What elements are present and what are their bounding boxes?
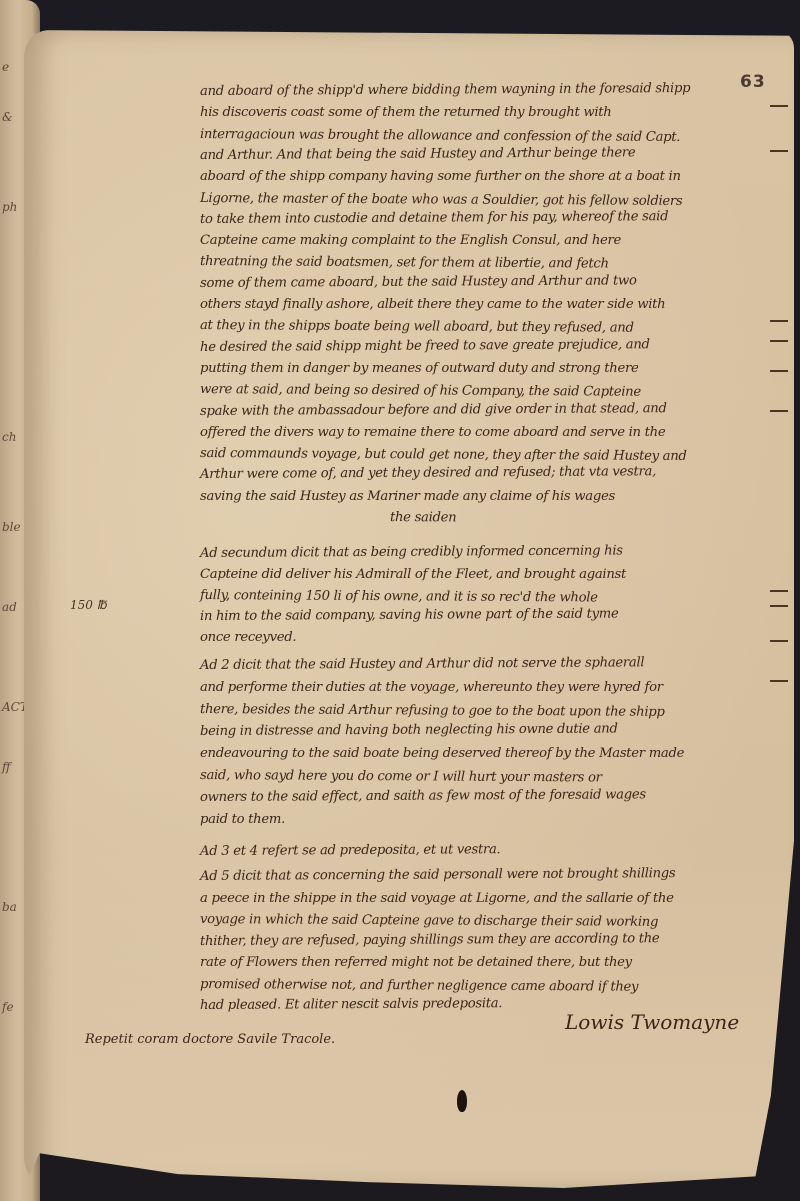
page-number: 63 [740, 72, 766, 92]
manuscript-line: in him to the said company, saving his o… [200, 606, 619, 624]
manuscript-line: thither, they are refused, paying shilli… [200, 931, 659, 949]
facing-page-fragment: ad [2, 600, 17, 614]
margin-dash [770, 150, 788, 152]
manuscript-line: Ad secundum dicit that as being credibly… [200, 543, 623, 561]
margin-dash [770, 605, 788, 607]
manuscript-line: rate of Flowers then referred might not … [200, 955, 632, 970]
manuscript-line: Ad 5 dicit that as concerning the said p… [200, 866, 675, 884]
manuscript-line: and aboard of the shipp'd where bidding … [200, 81, 690, 99]
manuscript-line: Ad 2 dicit that the said Hustey and Arth… [200, 655, 644, 673]
footer-note: Repetit coram doctore Savile Tracole. [85, 1032, 335, 1047]
manuscript-line: spake with the ambassadour before and di… [200, 401, 667, 419]
manuscript-line: Capteine came making complaint to the En… [200, 233, 621, 248]
manuscript-line: there, besides the said Arthur refusing … [200, 702, 665, 720]
manuscript-line: Ligorne, the master of the boate who was… [200, 191, 683, 209]
manuscript-line: aboard of the shipp company having some … [200, 169, 681, 184]
manuscript-line: he desired the said shipp might be freed… [200, 337, 650, 355]
facing-page-fragment: e [2, 60, 9, 74]
facing-page-fragment: ble [2, 520, 21, 534]
margin-note: 150 ℔ [70, 598, 107, 612]
manuscript-line: his discoveris coast some of them the re… [200, 105, 612, 120]
manuscript-line: threatning the said boatsmen, set for th… [200, 254, 609, 271]
manuscript-line: Ad 3 et 4 refert se ad predeposita, et u… [200, 842, 501, 859]
signature: Lowis Twomayne [565, 1010, 739, 1034]
manuscript-line: offered the divers way to remaine there … [200, 425, 665, 440]
facing-page-fragment: ba [2, 900, 17, 914]
manuscript-line: and performe their duties at the voyage,… [200, 680, 663, 695]
manuscript-line: Capteine did deliver his Admirall of the… [200, 567, 626, 582]
facing-page-fragment: & [2, 110, 13, 124]
manuscript-line: voyage in which the said Capteine gave t… [200, 912, 658, 930]
margin-dash [770, 680, 788, 682]
facing-page-fragment: fe [2, 1000, 14, 1014]
manuscript-line: interragacioun was brought the allowance… [200, 127, 680, 145]
manuscript-line: putting them in danger by meanes of outw… [200, 361, 638, 376]
facing-page-fragment: ff [2, 760, 11, 774]
manuscript-line: fully, conteining 150 li of his owne, an… [200, 588, 598, 605]
facing-page-fragment: ch [2, 430, 16, 444]
manuscript-line: said, who sayd here you do come or I wil… [200, 768, 602, 785]
manuscript-line: promised otherwise not, and further negl… [200, 977, 638, 995]
margin-dash [770, 590, 788, 592]
margin-dash [770, 340, 788, 342]
manuscript-line: a peece in the shippe in the said voyage… [200, 891, 674, 906]
manuscript-line: said commaunds voyage, but could get non… [200, 446, 687, 464]
margin-dash [770, 640, 788, 642]
manuscript-line: paid to them. [200, 812, 285, 827]
manuscript-line: at they in the shipps boate being well a… [200, 318, 634, 336]
manuscript-line: once receyved. [200, 630, 296, 645]
margin-dash [770, 370, 788, 372]
margin-dash [770, 320, 788, 322]
manuscript-line: some of them came aboard, but the said H… [200, 273, 637, 291]
ink-blot [457, 1090, 467, 1112]
manuscript-line: and Arthur. And that being the said Hust… [200, 145, 636, 163]
manuscript-line: being in distresse and having both negle… [200, 721, 618, 739]
facing-page-fragment: ph [2, 200, 17, 214]
manuscript-line: had pleased. Et aliter nescit salvis pre… [200, 996, 502, 1013]
facing-page-fragment: ACT [2, 700, 28, 714]
manuscript-line: were at said, and being so desired of hi… [200, 382, 641, 400]
manuscript-line: owners to the said effect, and saith as … [200, 787, 646, 805]
manuscript-line: to take them into custodie and detaine t… [200, 209, 668, 227]
manuscript-line: saving the said Hustey as Mariner made a… [200, 489, 615, 504]
margin-dash [770, 410, 788, 412]
manuscript-line: others stayd finally ashore, albeit ther… [200, 297, 665, 312]
manuscript-line: the saiden [390, 510, 456, 525]
margin-dash [770, 105, 788, 107]
manuscript-line: endeavouring to the said boate being des… [200, 746, 684, 761]
